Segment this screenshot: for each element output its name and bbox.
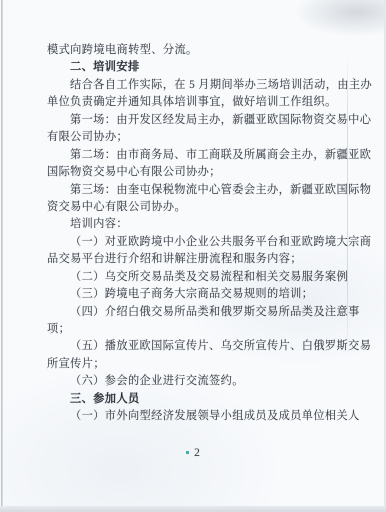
- doc-line: （三）跨境电子商务大宗商品交易规则的培训；: [47, 286, 347, 303]
- document-body: 模式向跨境电商转型、分流。 二、培训安排 结合各自工作实际，在 5 月期间举办三…: [47, 42, 347, 426]
- doc-line: 项；: [47, 321, 347, 338]
- doc-line: （四）介绍白俄交易所品类和俄罗斯交易所品类及注意事: [47, 304, 347, 321]
- section-heading-training: 二、培训安排: [47, 59, 347, 76]
- doc-line: （六）参会的企业进行交流签约。: [47, 373, 347, 390]
- scan-speck-icon: [186, 451, 189, 454]
- doc-line: 品交易平台进行介绍和讲解注册流程和服务内容；: [47, 251, 347, 268]
- section-heading-participants: 三、参加人员: [47, 391, 347, 408]
- doc-line: 第一场：由开发区经发局主办，新疆亚欧国际物资交易中心: [47, 112, 347, 129]
- doc-line: 有限公司协办；: [47, 129, 347, 146]
- doc-line: 所宣传片；: [47, 356, 347, 373]
- doc-line: 第二场：由市商务局、市工商联及所属商会主办，新疆亚欧: [47, 147, 347, 164]
- page-number: 2: [0, 447, 386, 459]
- doc-line: 单位负责确定并通知具体培训事宜，做好培训工作组织。: [47, 94, 347, 111]
- page-number-value: 2: [194, 447, 200, 459]
- scanned-document-page: 模式向跨境电商转型、分流。 二、培训安排 结合各自工作实际，在 5 月期间举办三…: [0, 0, 386, 512]
- scan-bottom-edge: [0, 506, 386, 512]
- doc-line: （一）对亚欧跨境中小企业公共服务平台和亚欧跨境大宗商: [47, 234, 347, 251]
- doc-line: 国际物资交易中心有限公司协办；: [47, 164, 347, 181]
- doc-line: 结合各自工作实际，在 5 月期间举办三场培训活动，由主办: [47, 77, 347, 94]
- doc-line: 第三场：由奎屯保税物流中心管委会主办，新疆亚欧国际物: [47, 182, 347, 199]
- doc-line: 资交易中心有限公司协办。: [47, 199, 347, 216]
- doc-line: 模式向跨境电商转型、分流。: [47, 42, 347, 59]
- doc-line: （五）播放亚欧国际宣传片、乌交所宣传片、白俄罗斯交易: [47, 338, 347, 355]
- doc-line: （一）市外向型经济发展领导小组成员及成员单位相关人: [47, 408, 347, 425]
- doc-line: 培训内容：: [47, 216, 347, 233]
- scan-left-edge: [1, 0, 3, 512]
- doc-line: （二）乌交所交易品类及交易流程和相关交易服务案例: [47, 269, 347, 286]
